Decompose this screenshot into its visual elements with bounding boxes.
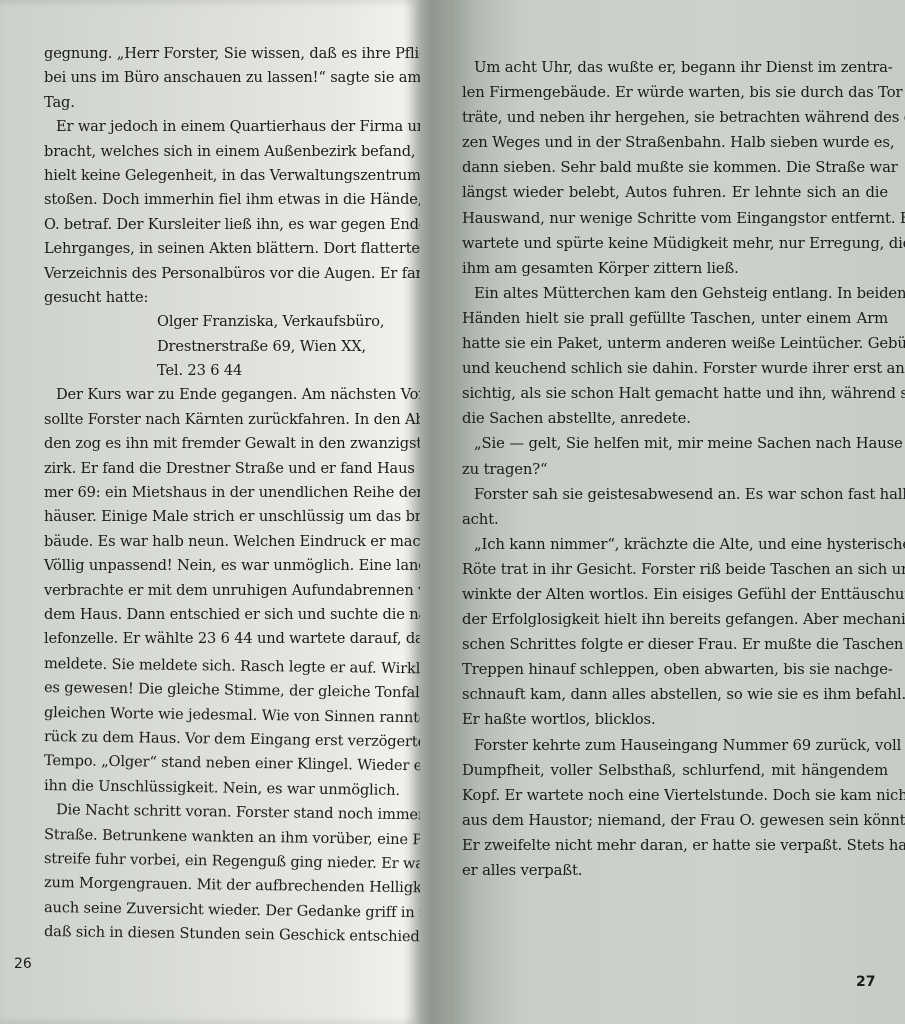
text-line: gesucht hatte:: [44, 286, 416, 310]
text-line: ihm am gesamten Körper zittern ließ.: [462, 256, 888, 281]
text-line: die Sachen abstellte, anredete.: [462, 406, 888, 431]
text-line: Der Kurs war zu Ende gegangen. Am nächst…: [44, 383, 416, 407]
text-line: Kopf. Er wartete noch eine Viertelstunde…: [462, 783, 888, 808]
text-line: Forster kehrte zum Hauseingang Nummer 69…: [462, 733, 888, 758]
text-line: Röte trat in ihr Gesicht. Forster riß be…: [462, 557, 888, 582]
text-line: schen Schrittes folgte er dieser Frau. E…: [462, 632, 888, 657]
text-line: sollte Forster nach Kärnten zurückfahren…: [44, 408, 416, 432]
text-line: Er war jedoch in einem Quartierhaus der …: [44, 115, 416, 139]
text-line: lefonzelle. Er wählte 23 6 44 und wartet…: [44, 627, 416, 651]
text-line: zu tragen?“: [462, 457, 888, 482]
text-line: und keuchend schlich sie dahin. Forster …: [462, 356, 888, 381]
text-line: hielt keine Gelegenheit, in das Verwaltu…: [44, 164, 416, 188]
text-line: bei uns im Büro anschauen zu lassen!“ sa…: [44, 66, 416, 90]
text-line: Händen hielt sie prall gefüllte Taschen,…: [462, 306, 888, 331]
text-line: Treppen hinauf schleppen, oben abwarten,…: [462, 657, 888, 682]
text-line: Olger Franziska, Verkaufsbüro,: [44, 310, 416, 334]
text-line: den zog es ihn mit fremder Gewalt in den…: [44, 432, 416, 456]
text-line: wartete und spürte keine Müdigkeit mehr,…: [462, 231, 888, 256]
text-line: „Sie — gelt, Sie helfen mit, mir meine S…: [462, 431, 888, 456]
right-page: Um acht Uhr, das wußte er, begann ihr Di…: [450, 0, 905, 1024]
text-line: daß sich in diesen Stunden sein Geschick…: [44, 920, 416, 950]
text-line: Dumpfheit, voller Selbsthaß, schlurfend,…: [462, 758, 888, 783]
text-line: Völlig unpassend! Nein, es war unmöglich…: [44, 554, 416, 578]
text-line: längst wieder belebt, Autos fuhren. Er l…: [462, 180, 888, 205]
text-line: Tag.: [44, 91, 416, 115]
text-line: Ein altes Mütterchen kam den Gehsteig en…: [462, 281, 888, 306]
page-number-right: 27: [856, 974, 875, 990]
text-line: len Firmengebäude. Er würde warten, bis …: [462, 80, 888, 105]
text-line: der Erfolglosigkeit hielt ihn bereits ge…: [462, 607, 888, 632]
text-line: Hauswand, nur wenige Schritte vom Eingan…: [462, 206, 888, 231]
left-page-text: gegnung. „Herr Forster, Sie wissen, daß …: [44, 42, 416, 944]
text-line: mer 69: ein Mietshaus in der unendlichen…: [44, 481, 416, 505]
text-line: aus dem Haustor; niemand, der Frau O. ge…: [462, 808, 888, 833]
text-line: bracht, welches sich in einem Außenbezir…: [44, 140, 416, 164]
open-book-spread: gegnung. „Herr Forster, Sie wissen, daß …: [0, 0, 905, 1024]
left-page: gegnung. „Herr Forster, Sie wissen, daß …: [0, 0, 420, 1024]
text-line: Drestnerstraße 69, Wien XX,: [44, 335, 416, 359]
text-line: gegnung. „Herr Forster, Sie wissen, daß …: [44, 42, 416, 66]
text-line: zirk. Er fand die Drestner Straße und er…: [44, 457, 416, 481]
text-line: verbrachte er mit dem unruhigen Aufundab…: [44, 579, 416, 603]
text-line: Tel. 23 6 44: [44, 359, 416, 383]
text-line: Lehrganges, in seinen Akten blättern. Do…: [44, 237, 416, 261]
right-page-text: Um acht Uhr, das wußte er, begann ihr Di…: [462, 55, 888, 883]
text-line: stoßen. Doch immerhin fiel ihm etwas in …: [44, 188, 416, 212]
text-line: Forster sah sie geistesabwesend an. Es w…: [462, 482, 888, 507]
text-line: O. betraf. Der Kursleiter ließ ihn, es w…: [44, 213, 416, 237]
text-line: bäude. Es war halb neun. Welchen Eindruc…: [44, 530, 416, 554]
text-line: Um acht Uhr, das wußte er, begann ihr Di…: [462, 55, 888, 80]
text-line: winkte der Alten wortlos. Ein eisiges Ge…: [462, 582, 888, 607]
text-line: Er haßte wortlos, blicklos.: [462, 707, 888, 732]
text-line: Verzeichnis des Personalbüros vor die Au…: [44, 262, 416, 286]
text-line: schnauft kam, dann alles abstellen, so w…: [462, 682, 888, 707]
text-line: häuser. Einige Male strich er unschlüssi…: [44, 505, 416, 529]
text-line: hatte sie ein Paket, unterm anderen weiß…: [462, 331, 888, 356]
text-line: träte, und neben ihr hergehen, sie betra…: [462, 105, 888, 130]
text-line: sichtig, als sie schon Halt gemacht hatt…: [462, 381, 888, 406]
text-line: dann sieben. Sehr bald mußte sie kommen.…: [462, 155, 888, 180]
book-gutter: [420, 0, 450, 1024]
text-line: Er zweifelte nicht mehr daran, er hatte …: [462, 833, 888, 858]
text-line: „Ich kann nimmer“, krächzte die Alte, un…: [462, 532, 888, 557]
text-line: dem Haus. Dann entschied er sich und suc…: [44, 603, 416, 627]
page-number-left: 26: [14, 956, 32, 972]
text-line: zen Weges und in der Straßenbahn. Halb s…: [462, 130, 888, 155]
text-line: er alles verpaßt.: [462, 858, 888, 883]
text-line: acht.: [462, 507, 888, 532]
